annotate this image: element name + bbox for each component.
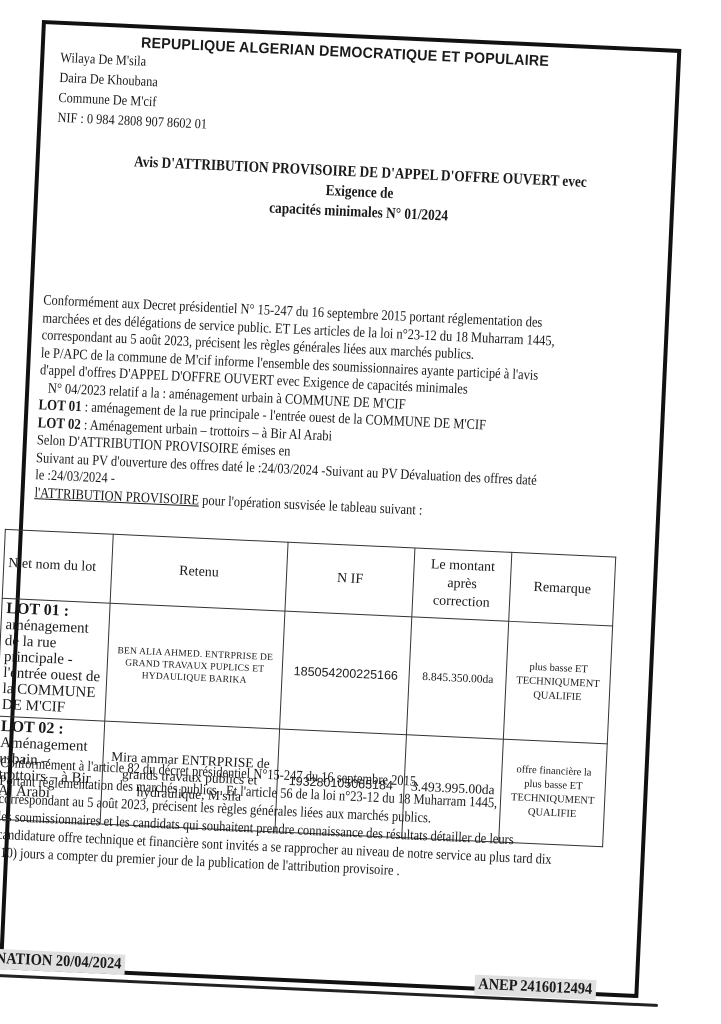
administration-block: Wilaya De M'sila Daira De Khoubana Commu… bbox=[57, 49, 210, 136]
remarque-cell: plus basse ET TECHNIQUMENT QUALIFIE bbox=[503, 621, 612, 744]
notice-body: Conformément aux Decret présidentiel N° … bbox=[34, 292, 636, 529]
lot-1-label: LOT 01 bbox=[38, 397, 82, 415]
lot-cell: LOT 01 : aménagement de la rue principal… bbox=[0, 598, 110, 721]
notice-page: REPUPLIQUE ALGERIAN DEMOCRATIQUE ET POPU… bbox=[0, 20, 691, 1016]
montant-cell: 8.845.350.00da bbox=[407, 617, 509, 739]
header-lot: N et nom du lot bbox=[2, 529, 113, 603]
lot-description: aménagement de la rue principale - l'ent… bbox=[2, 617, 101, 716]
header-remarque: Remarque bbox=[509, 552, 616, 626]
header-nif: N IF bbox=[285, 542, 416, 617]
header-montant: Le montant après correction bbox=[412, 548, 512, 621]
nif-cell: 185054200225166 bbox=[279, 611, 412, 735]
header-retenu: Retenu bbox=[110, 534, 288, 611]
retenu-cell: BEN ALIA AHMED. ENTRPRISE DE GRAND TRAVA… bbox=[105, 603, 285, 729]
lot-2-label: LOT 02 bbox=[37, 415, 81, 433]
